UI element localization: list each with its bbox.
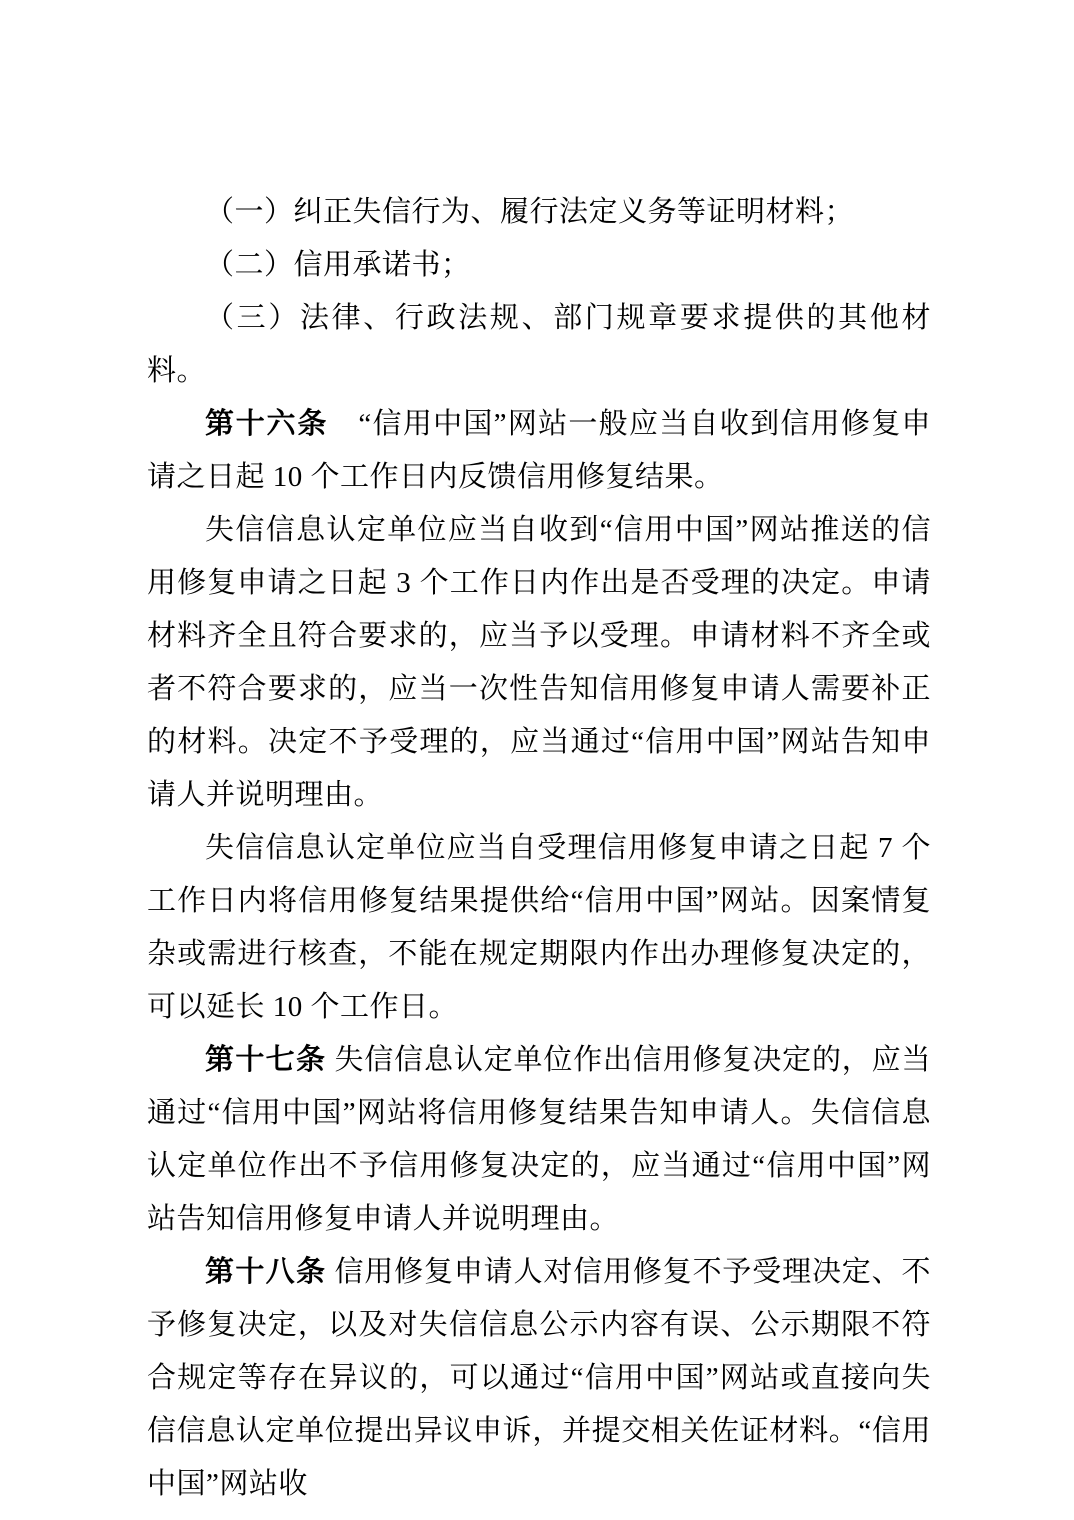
- article-number-17: 第十七条: [205, 1044, 326, 1076]
- paragraph-article-16-clause-2: 失信信息认定单位应当自收到“信用中国”网站推送的信用修复申请之日起 3 个工作日…: [147, 504, 931, 822]
- article-number-18: 第十八条: [205, 1256, 326, 1288]
- list-item-1: （一）纠正失信行为、履行法定义务等证明材料；: [147, 186, 931, 239]
- list-item-2: （二）信用承诺书；: [147, 239, 931, 292]
- paragraph-article-18: 第十八条 信用修复申请人对信用修复不予受理决定、不予修复决定，以及对失信信息公示…: [147, 1246, 931, 1511]
- paragraph-text: 失信信息认定单位应当自受理信用修复申请之日起 7 个工作日内将信用修复结果提供给…: [147, 832, 931, 1023]
- article-number-16: 第十六条: [205, 408, 328, 440]
- document-page: （一）纠正失信行为、履行法定义务等证明材料； （二）信用承诺书； （三）法律、行…: [0, 0, 1074, 1520]
- paragraph-article-16-clause-3: 失信信息认定单位应当自受理信用修复申请之日起 7 个工作日内将信用修复结果提供给…: [147, 822, 931, 1034]
- list-item-text: （三）法律、行政法规、部门规章要求提供的其他材料。: [147, 302, 931, 387]
- document-body: （一）纠正失信行为、履行法定义务等证明材料； （二）信用承诺书； （三）法律、行…: [147, 186, 931, 1511]
- paragraph-article-17: 第十七条 失信信息认定单位作出信用修复决定的，应当通过“信用中国”网站将信用修复…: [147, 1034, 931, 1246]
- list-item-3: （三）法律、行政法规、部门规章要求提供的其他材料。: [147, 292, 931, 398]
- paragraph-article-16: 第十六条 “信用中国”网站一般应当自收到信用修复申请之日起 10 个工作日内反馈…: [147, 398, 931, 504]
- list-item-text: （一）纠正失信行为、履行法定义务等证明材料；: [205, 196, 854, 228]
- list-item-text: （二）信用承诺书；: [205, 249, 471, 281]
- paragraph-text: 失信信息认定单位应当自收到“信用中国”网站推送的信用修复申请之日起 3 个工作日…: [147, 514, 931, 811]
- paragraph-text: 信用修复申请人对信用修复不予受理决定、不予修复决定，以及对失信信息公示内容有误、…: [147, 1256, 931, 1500]
